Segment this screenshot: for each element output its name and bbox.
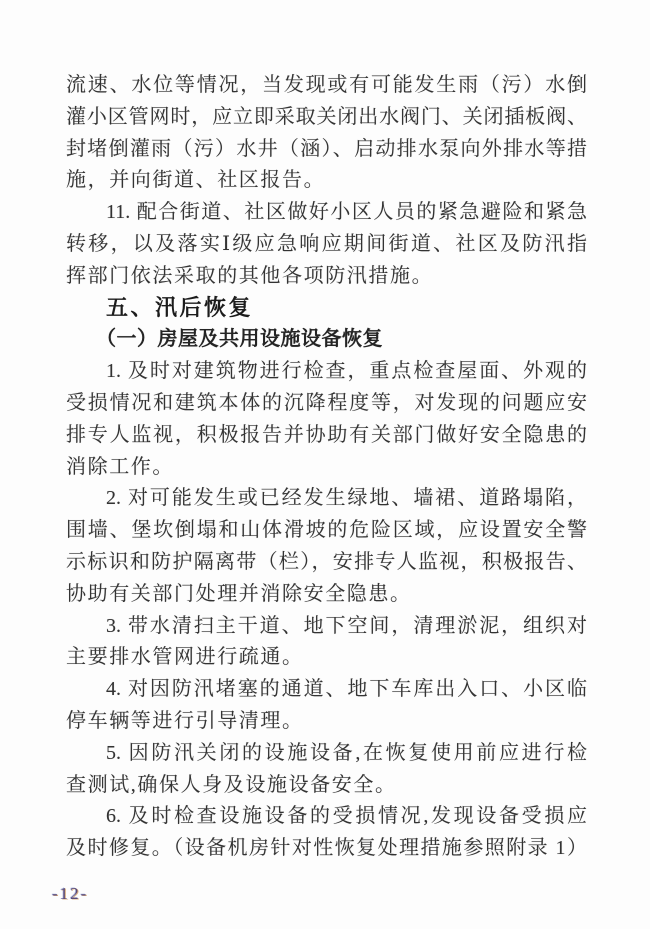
- body-text-line: 6. 及时检查设施设备的受损情况,发现设备受损应: [66, 801, 587, 833]
- body-text-line: 排专人监视，积极报告并协助有关部门做好安全隐患的: [66, 420, 587, 452]
- body-text-line: 灌小区管网时，应立即采取关闭出水阀门、关闭插板阀、: [66, 102, 587, 134]
- paragraph: 3. 带水清扫主干道、地下空间，清理淤泥，组织对主要排水管网进行疏通。: [66, 611, 587, 675]
- body-text-line: 停车辆等进行引导清理。: [66, 706, 587, 738]
- text-block: 流速、水位等情况，当发现或有可能发生雨（污）水倒灌小区管网时，应立即采取关闭出水…: [66, 70, 587, 865]
- page-footer: -12-: [36, 884, 614, 904]
- body-text-line: 封堵倒灌雨（污）水井（涵）、启动排水泵向外排水等措: [66, 134, 587, 166]
- body-text-line: 流速、水位等情况，当发现或有可能发生雨（污）水倒: [66, 70, 587, 102]
- body-text-line: 3. 带水清扫主干道、地下空间，清理淤泥，组织对: [66, 611, 587, 643]
- heading-sub-text: （一）房屋及共用设施设备恢复: [66, 324, 587, 356]
- body-text-line: 消除工作。: [66, 452, 587, 484]
- body-text-line: 挥部门依法采取的其他各项防汛措施。: [66, 261, 587, 293]
- body-text-line: 4. 对因防汛堵塞的通道、地下车库出入口、小区临: [66, 674, 587, 706]
- document-page: 流速、水位等情况，当发现或有可能发生雨（污）水倒灌小区管网时，应立即采取关闭出水…: [0, 0, 650, 929]
- heading-section: 五、汛后恢复: [66, 293, 587, 325]
- paragraph: 流速、水位等情况，当发现或有可能发生雨（污）水倒灌小区管网时，应立即采取关闭出水…: [66, 70, 587, 197]
- body-text-line: 及时修复。（设备机房针对性恢复处理措施参照附录 1）: [66, 833, 587, 865]
- page-number: -12-: [52, 884, 88, 904]
- body-text-line: 2. 对可能发生或已经发生绿地、墙裙、道路塌陷，: [66, 483, 587, 515]
- body-text-line: 11. 配合街道、社区做好小区人员的紧急避险和紧急: [66, 197, 587, 229]
- body-text-line: 转移，以及落实Ⅰ级应急响应期间街道、社区及防汛指: [66, 229, 587, 261]
- body-text-line: 示标识和防护隔离带（栏），安排专人监视，积极报告、: [66, 547, 587, 579]
- heading-section-text: 五、汛后恢复: [66, 293, 587, 325]
- body-text-line: 协助有关部门处理并消除安全隐患。: [66, 579, 587, 611]
- body-text-line: 1. 及时对建筑物进行检查，重点检查屋面、外观的: [66, 356, 587, 388]
- body-text-line: 围墙、堡坎倒塌和山体滑坡的危险区域，应设置安全警: [66, 515, 587, 547]
- body-text-line: 5. 因防汛关闭的设施设备,在恢复使用前应进行检: [66, 738, 587, 770]
- paragraph: 5. 因防汛关闭的设施设备,在恢复使用前应进行检查测试,确保人身及设施设备安全。: [66, 738, 587, 802]
- paragraph: 1. 及时对建筑物进行检查，重点检查屋面、外观的受损情况和建筑本体的沉降程度等，…: [66, 356, 587, 483]
- body-text-line: 主要排水管网进行疏通。: [66, 642, 587, 674]
- paragraph: 11. 配合街道、社区做好小区人员的紧急避险和紧急转移，以及落实Ⅰ级应急响应期间…: [66, 197, 587, 292]
- body-text-line: 施，并向街道、社区报告。: [66, 165, 587, 197]
- body-text-line: 查测试,确保人身及设施设备安全。: [66, 770, 587, 802]
- body-text-line: 受损情况和建筑本体的沉降程度等，对发现的问题应安: [66, 388, 587, 420]
- paragraph: 6. 及时检查设施设备的受损情况,发现设备受损应及时修复。（设备机房针对性恢复处…: [66, 801, 587, 865]
- heading-sub: （一）房屋及共用设施设备恢复: [66, 324, 587, 356]
- paragraph: 2. 对可能发生或已经发生绿地、墙裙、道路塌陷，围墙、堡坎倒塌和山体滑坡的危险区…: [66, 483, 587, 610]
- paragraph: 4. 对因防汛堵塞的通道、地下车库出入口、小区临停车辆等进行引导清理。: [66, 674, 587, 738]
